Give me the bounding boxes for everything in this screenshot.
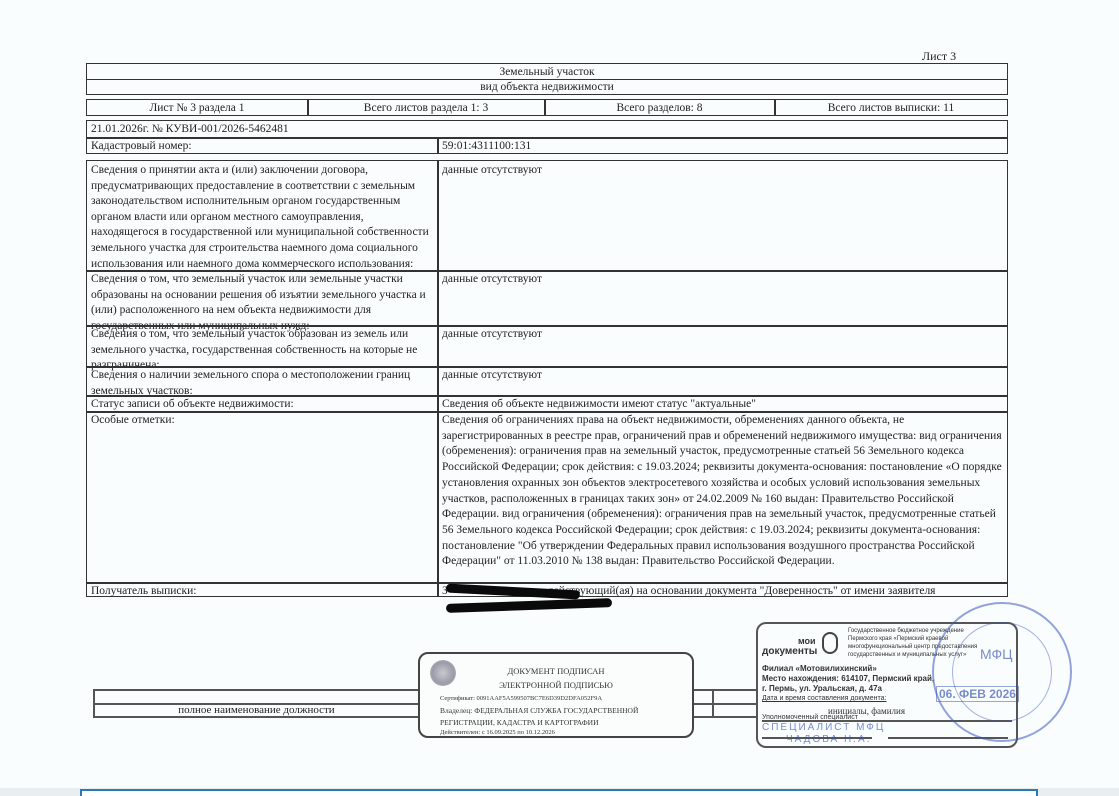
recipient-basis: действующий(ая) на основании документа "… [548,585,936,597]
document-page: Лист 3 Земельный участок вид объекта нед… [0,0,1119,796]
signature-line [694,689,758,691]
next-page-frame [80,789,1038,796]
row-value-land-dispute: данные отсутствуют [438,367,1008,385]
extract-info-box: 21.01.2026г. № КУВИ-001/2026-5462481 Кад… [86,120,1008,154]
signature-line [93,689,420,691]
sheet-label: Лист 3 [922,49,956,64]
mfc-branch: Филиал «Мотовилихинский» [762,664,877,673]
object-title: Земельный участок [87,64,1007,79]
specialist-stamp-line2: ЧАДОВА Н.А. [786,734,871,745]
seal-center-text: МФЦ [980,646,1013,662]
sheet-of-section: Лист № 3 раздела 1 [87,100,307,118]
ep-certificate: Сертификат: 0091AAF5A599507BC7E6D39D2DFA… [440,695,602,702]
ep-title-line1: ДОКУМЕНТ ПОДПИСАН [420,666,692,676]
mfc-date-label: Дата и время составления документа: [762,695,886,702]
position-caption: полное наименование должности [93,702,420,720]
initials-caption: инициалы, фамилия [828,706,905,716]
ep-title-line2: ЭЛЕКТРОННОЙ ПОДПИСЬЮ [420,680,692,690]
details-table: Сведения о принятии акта и (или) заключе… [86,160,1008,597]
ep-owner-line2: РЕГИСТРАЦИИ, КАДАСТРА И КАРТОГРАФИИ [440,718,599,727]
signature-line [694,716,758,718]
mfc-address-line1: Место нахождения: 614107, Пермский край, [762,674,934,683]
row-label-act-contract: Сведения о принятии акта и (или) заключе… [87,162,437,269]
sheet-info-row: Лист № 3 раздела 1 Всего листов раздела … [86,99,1008,116]
round-seal: МФЦ [932,602,1072,742]
total-sheets-section: Всего листов раздела 1: 3 [308,100,544,118]
cadastral-label: Кадастровый номер: [87,138,437,156]
mfc-logo-icon [822,632,838,654]
cadastral-value: 59:01:4311100:131 [438,138,998,156]
extract-date-number: 21.01.2026г. № КУВИ-001/2026-5462481 [87,121,1007,139]
row-label-seizure: Сведения о том, что земельный участок ил… [87,271,437,333]
seal-inner-ring [952,622,1052,722]
mfc-logo-line2: документы [762,646,817,657]
mfc-logo-line1: мои [798,636,816,646]
row-value-undelimited-land: данные отсутствуют [438,326,1008,344]
ep-validity: Действителен: с 16.09.2025 по 10.12.2026 [440,729,555,736]
electronic-signature-stamp: ДОКУМЕНТ ПОДПИСАН ЭЛЕКТРОННОЙ ПОДПИСЬЮ С… [418,652,694,738]
object-title-box: Земельный участок вид объекта недвижимос… [86,63,1008,95]
row-label-land-dispute: Сведения о наличии земельного спора о ме… [87,367,437,397]
total-sections: Всего разделов: 8 [545,100,774,118]
mfc-address-line2: г. Пермь, ул. Уральская, д. 47а [762,684,882,693]
total-sheets-extract: Всего листов выписки: 11 [775,100,1007,118]
mfc-org-line2: Пермского края «Пермский краевой [848,636,948,642]
signature-line [712,689,714,717]
row-label-special-marks: Особые отметки: [87,412,437,430]
row-value-special-marks: Сведения об ограничениях права на объект… [438,412,1008,571]
row-value-seizure: данные отсутствуют [438,271,1008,289]
specialist-stamp-line1: СПЕЦИАЛИСТ МФЦ [762,722,885,733]
object-subtitle: вид объекта недвижимости [87,79,1007,94]
ep-owner-line1: Владелец: ФЕДЕРАЛЬНАЯ СЛУЖБА ГОСУДАРСТВЕ… [440,706,638,715]
row-value-act-contract: данные отсутствуют [438,162,1008,180]
row-label-recipient: Получатель выписки: [87,583,437,601]
signature-line [694,703,758,705]
